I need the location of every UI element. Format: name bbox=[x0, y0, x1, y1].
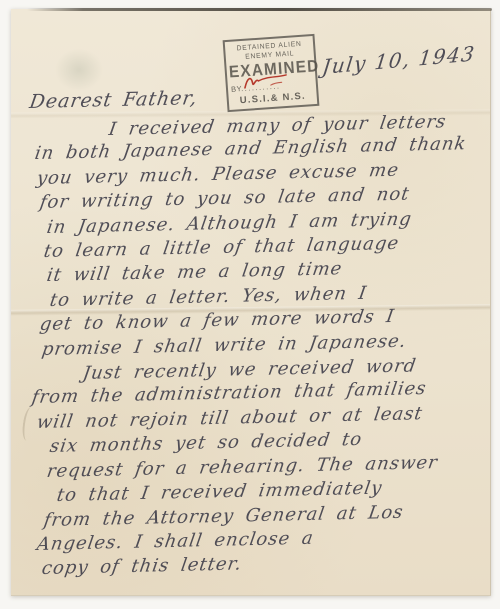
salutation: Dearest Father, bbox=[28, 87, 199, 113]
censor-stamp: DETAINED ALIEN ENEMY MAIL EXAMINED BY...… bbox=[223, 34, 320, 112]
letter-paper: DETAINED ALIEN ENEMY MAIL EXAMINED BY...… bbox=[11, 9, 491, 596]
date-line: July 10, 1943 bbox=[321, 41, 477, 79]
paper-edge-shadow bbox=[27, 8, 492, 11]
pencil-smudge bbox=[53, 47, 105, 93]
letter-body: I received many of your letters in both … bbox=[11, 118, 490, 582]
examiner-signature-scrawl bbox=[240, 70, 297, 94]
scanned-letter-view: DETAINED ALIEN ENEMY MAIL EXAMINED BY...… bbox=[0, 0, 500, 609]
